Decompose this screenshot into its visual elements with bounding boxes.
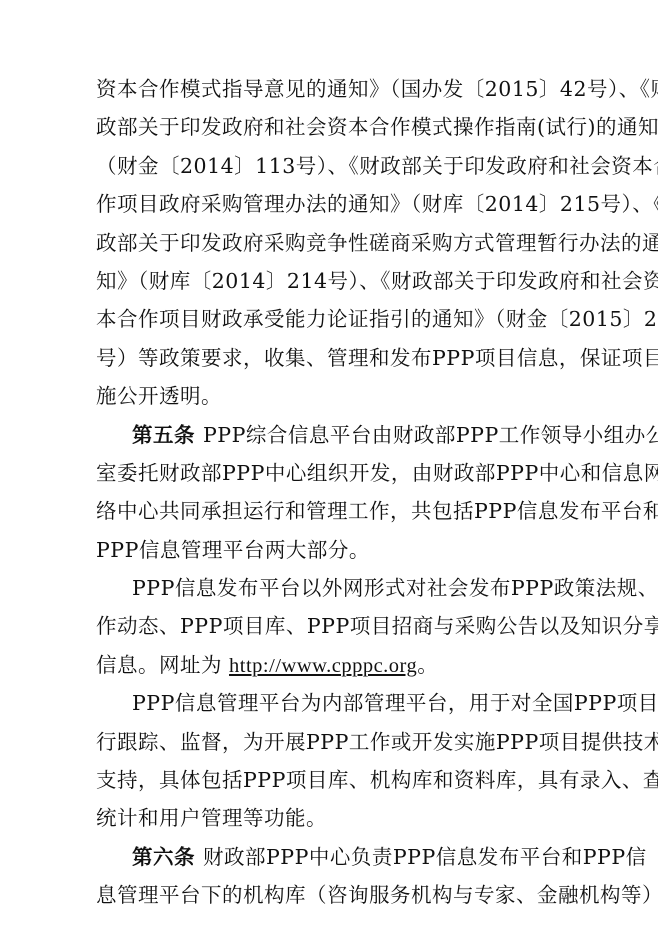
article-text: PPP综合信息平台由财政部PPP工作领导小组办公 <box>203 423 658 447</box>
text-line: 络中心共同承担运行和管理工作，共包括PPP信息发布平台和 <box>96 492 572 530</box>
text-fragment: 。 <box>417 653 438 677</box>
paragraph-publish-platform: PPP信息发布平台以外网形式对社会发布PPP政策法规、工 作动态、PPP项目库、… <box>96 569 572 684</box>
text-line: 知》（财库〔2014〕214号）、《财政部关于印发政府和社会资 <box>96 262 572 300</box>
text-line: PPP信息管理平台两大部分。 <box>96 531 572 569</box>
text-line: 第五条PPP综合信息平台由财政部PPP工作领导小组办公 <box>96 416 572 454</box>
text-line: PPP信息管理平台为内部管理平台，用于对全国PPP项目进 <box>96 684 572 722</box>
article-text: 财政部PPP中心负责PPP信息发布平台和PPP信 <box>203 845 647 869</box>
paragraph-policy-references: 资本合作模式指导意见的通知》（国办发〔2015〕42号）、《财 政部关于印发政府… <box>96 70 572 416</box>
text-line: 号）等政策要求，收集、管理和发布PPP项目信息，保证项目实 <box>96 339 572 377</box>
text-fragment: 信息。网址为 <box>96 653 222 677</box>
text-line: 统计和用户管理等功能。 <box>96 799 572 837</box>
article-label: 第六条 <box>132 845 195 869</box>
text-line: 资本合作模式指导意见的通知》（国办发〔2015〕42号）、《财 <box>96 70 572 108</box>
text-line: 行跟踪、监督，为开展PPP工作或开发实施PPP项目提供技术 <box>96 723 572 761</box>
text-line: （财金〔2014〕113号）、《财政部关于印发政府和社会资本合 <box>96 147 572 185</box>
article-label: 第五条 <box>132 423 195 447</box>
text-line: 作项目政府采购管理办法的通知》（财库〔2014〕215号）、《财 <box>96 185 572 223</box>
text-line: 作动态、PPP项目库、PPP项目招商与采购公告以及知识分享等 <box>96 607 572 645</box>
text-line: 政部关于印发政府和社会资本合作模式操作指南(试行)的通知》 <box>96 108 572 146</box>
text-line: 支持，具体包括PPP项目库、机构库和资料库，具有录入、查询、 <box>96 761 572 799</box>
text-line: 第六条财政部PPP中心负责PPP信息发布平台和PPP信 <box>96 838 572 876</box>
paragraph-management-platform: PPP信息管理平台为内部管理平台，用于对全国PPP项目进 行跟踪、监督，为开展P… <box>96 684 572 838</box>
text-line: 施公开透明。 <box>96 377 572 415</box>
text-line: PPP信息发布平台以外网形式对社会发布PPP政策法规、工 <box>96 569 572 607</box>
text-line: 室委托财政部PPP中心组织开发，由财政部PPP中心和信息网 <box>96 454 572 492</box>
document-page: 资本合作模式指导意见的通知》（国办发〔2015〕42号）、《财 政部关于印发政府… <box>96 70 572 915</box>
text-line: 息管理平台下的机构库（咨询服务机构与专家、金融机构等）和 <box>96 876 572 914</box>
article-6: 第六条财政部PPP中心负责PPP信息发布平台和PPP信 息管理平台下的机构库（咨… <box>96 838 572 915</box>
article-5: 第五条PPP综合信息平台由财政部PPP工作领导小组办公 室委托财政部PPP中心组… <box>96 416 572 570</box>
text-line: 信息。网址为 http://www.cpppc.org。 <box>96 646 572 684</box>
text-line: 本合作项目财政承受能力论证指引的通知》（财金〔2015〕21 <box>96 300 572 338</box>
text-line: 政部关于印发政府采购竞争性磋商采购方式管理暂行办法的通 <box>96 224 572 262</box>
website-link[interactable]: http://www.cpppc.org <box>229 655 417 677</box>
